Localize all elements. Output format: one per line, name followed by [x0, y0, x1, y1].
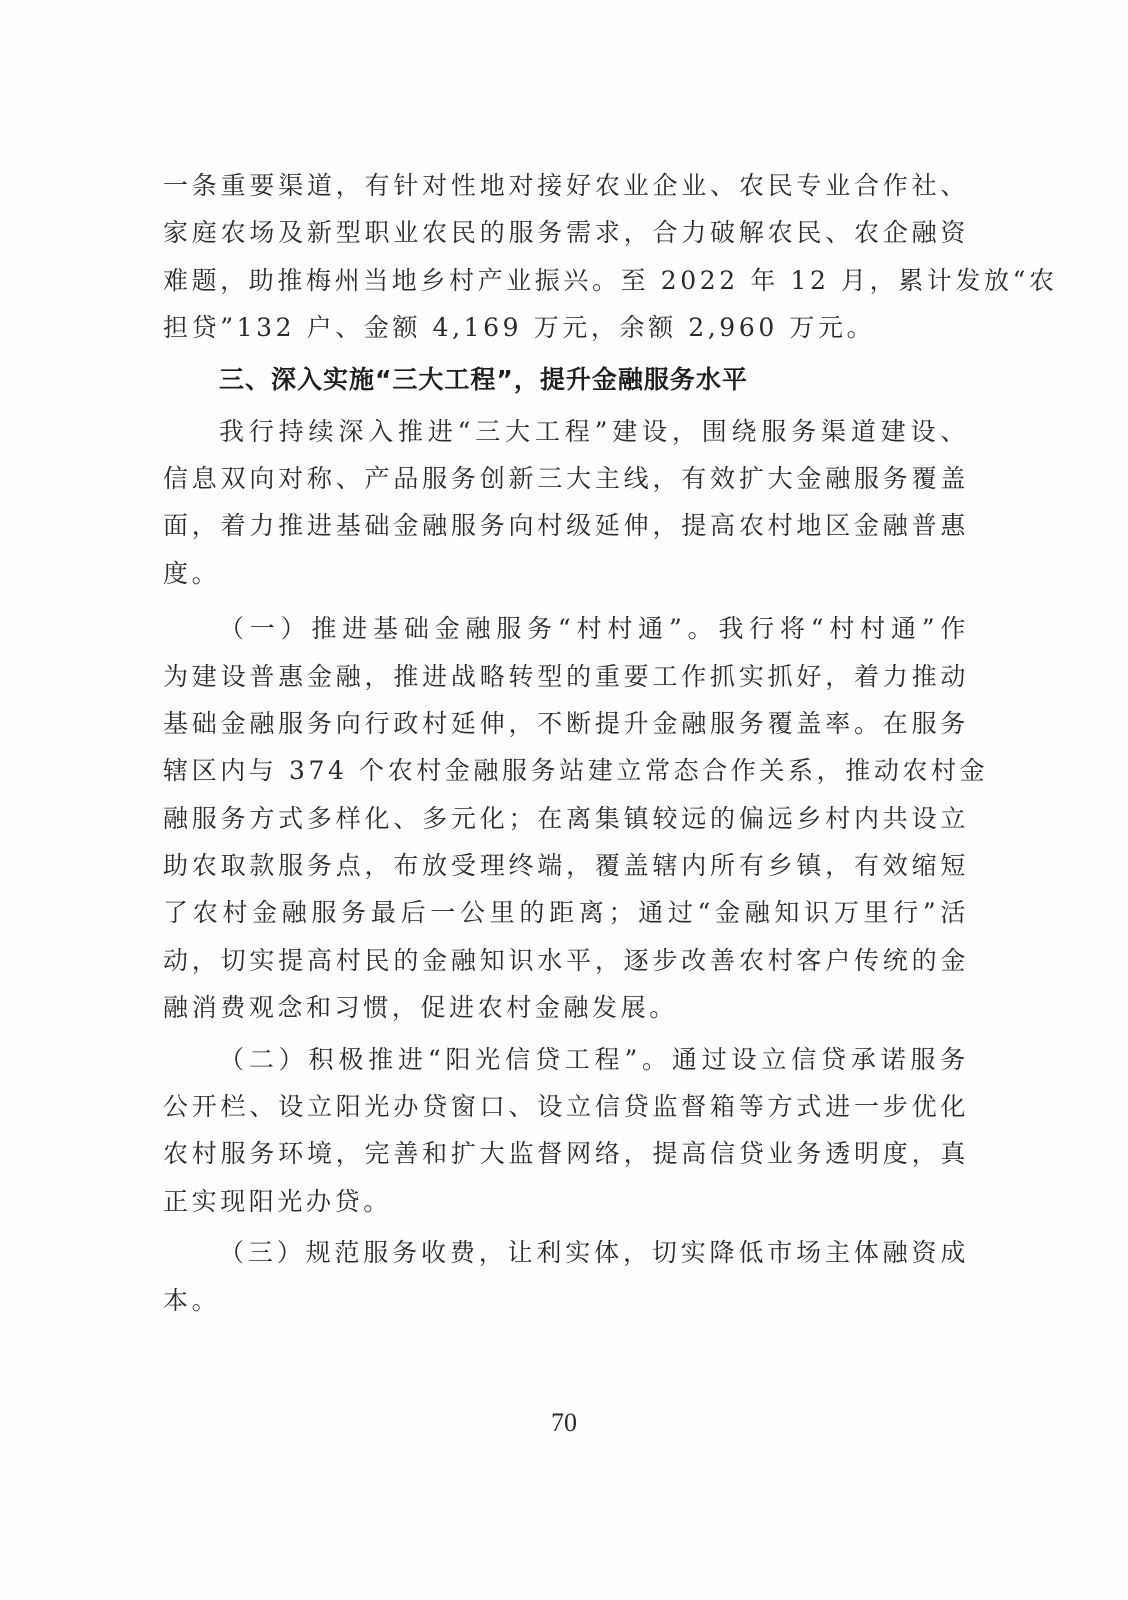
page-content: 一条重要渠道，有针对性地对接好农业企业、农民专业合作社、 家庭农场及新型职业农民… [163, 162, 969, 1324]
text-line: 面，着力推进基础金融服务向村级延伸，提高农村地区金融普惠 [163, 502, 969, 549]
text-line: 了农村金融服务最后一公里的距离；通过“金融知识万里行”活 [163, 889, 969, 936]
subsection-1-paragraph: （一）推进基础金融服务“村村通”。我行将“村村通”作 为建设普惠金融，推进战略转… [163, 605, 969, 1032]
text-line: 度。 [163, 550, 969, 597]
text-line: （二）积极推进“阳光信贷工程”。通过设立信贷承诺服务 [163, 1036, 969, 1083]
text-line: （一）推进基础金融服务“村村通”。我行将“村村通”作 [163, 605, 969, 652]
section-heading: 三、深入实施“三大工程”，提升金融服务水平 [163, 352, 969, 408]
text-line: 助农取款服务点，布放受理终端，覆盖辖内所有乡镇，有效缩短 [163, 842, 969, 889]
document-page: 一条重要渠道，有针对性地对接好农业企业、农民专业合作社、 家庭农场及新型职业农民… [0, 0, 1128, 1600]
text-line: 基础金融服务向行政村延伸，不断提升金融服务覆盖率。在服务 [163, 700, 969, 747]
section-intro-paragraph: 我行持续深入推进“三大工程”建设，围绕服务渠道建设、 信息双向对称、产品服务创新… [163, 408, 969, 598]
text-line: 担贷”132 户、金额 4,169 万元，余额 2,960 万元。 [163, 304, 969, 351]
text-line: 动，切实提高村民的金融知识水平，逐步改善农村客户传统的金 [163, 937, 969, 984]
text-line: 我行持续深入推进“三大工程”建设，围绕服务渠道建设、 [163, 408, 969, 455]
text-line: 农村服务环境，完善和扩大监督网络，提高信贷业务透明度，真 [163, 1130, 969, 1177]
text-line: 为建设普惠金融，推进战略转型的重要工作抓实抓好，着力推动 [163, 653, 969, 700]
paragraph-continued: 一条重要渠道，有针对性地对接好农业企业、农民专业合作社、 家庭农场及新型职业农民… [163, 162, 969, 352]
text-line: 难题，助推梅州当地乡村产业振兴。至 2022 年 12 月，累计发放“农 [163, 257, 969, 304]
text-line: 公开栏、设立阳光办贷窗口、设立信贷监督箱等方式进一步优化 [163, 1083, 969, 1130]
text-line: 融服务方式多样化、多元化；在离集镇较远的偏远乡村内共设立 [163, 795, 969, 842]
subsection-2-paragraph: （二）积极推进“阳光信贷工程”。通过设立信贷承诺服务 公开栏、设立阳光办贷窗口、… [163, 1036, 969, 1226]
text-line: （三）规范服务收费，让利实体，切实降低市场主体融资成 [163, 1229, 969, 1276]
page-number: 70 [0, 1408, 1128, 1438]
subsection-3-paragraph: （三）规范服务收费，让利实体，切实降低市场主体融资成 本。 [163, 1229, 969, 1324]
text-line: 正实现阳光办贷。 [163, 1178, 969, 1225]
text-line: 本。 [163, 1277, 969, 1324]
text-line: 家庭农场及新型职业农民的服务需求，合力破解农民、农企融资 [163, 209, 969, 256]
text-line: 一条重要渠道，有针对性地对接好农业企业、农民专业合作社、 [163, 162, 969, 209]
text-line: 信息双向对称、产品服务创新三大主线，有效扩大金融服务覆盖 [163, 455, 969, 502]
text-line: 辖区内与 374 个农村金融服务站建立常态合作关系，推动农村金 [163, 747, 969, 794]
text-line: 融消费观念和习惯，促进农村金融发展。 [163, 984, 969, 1031]
